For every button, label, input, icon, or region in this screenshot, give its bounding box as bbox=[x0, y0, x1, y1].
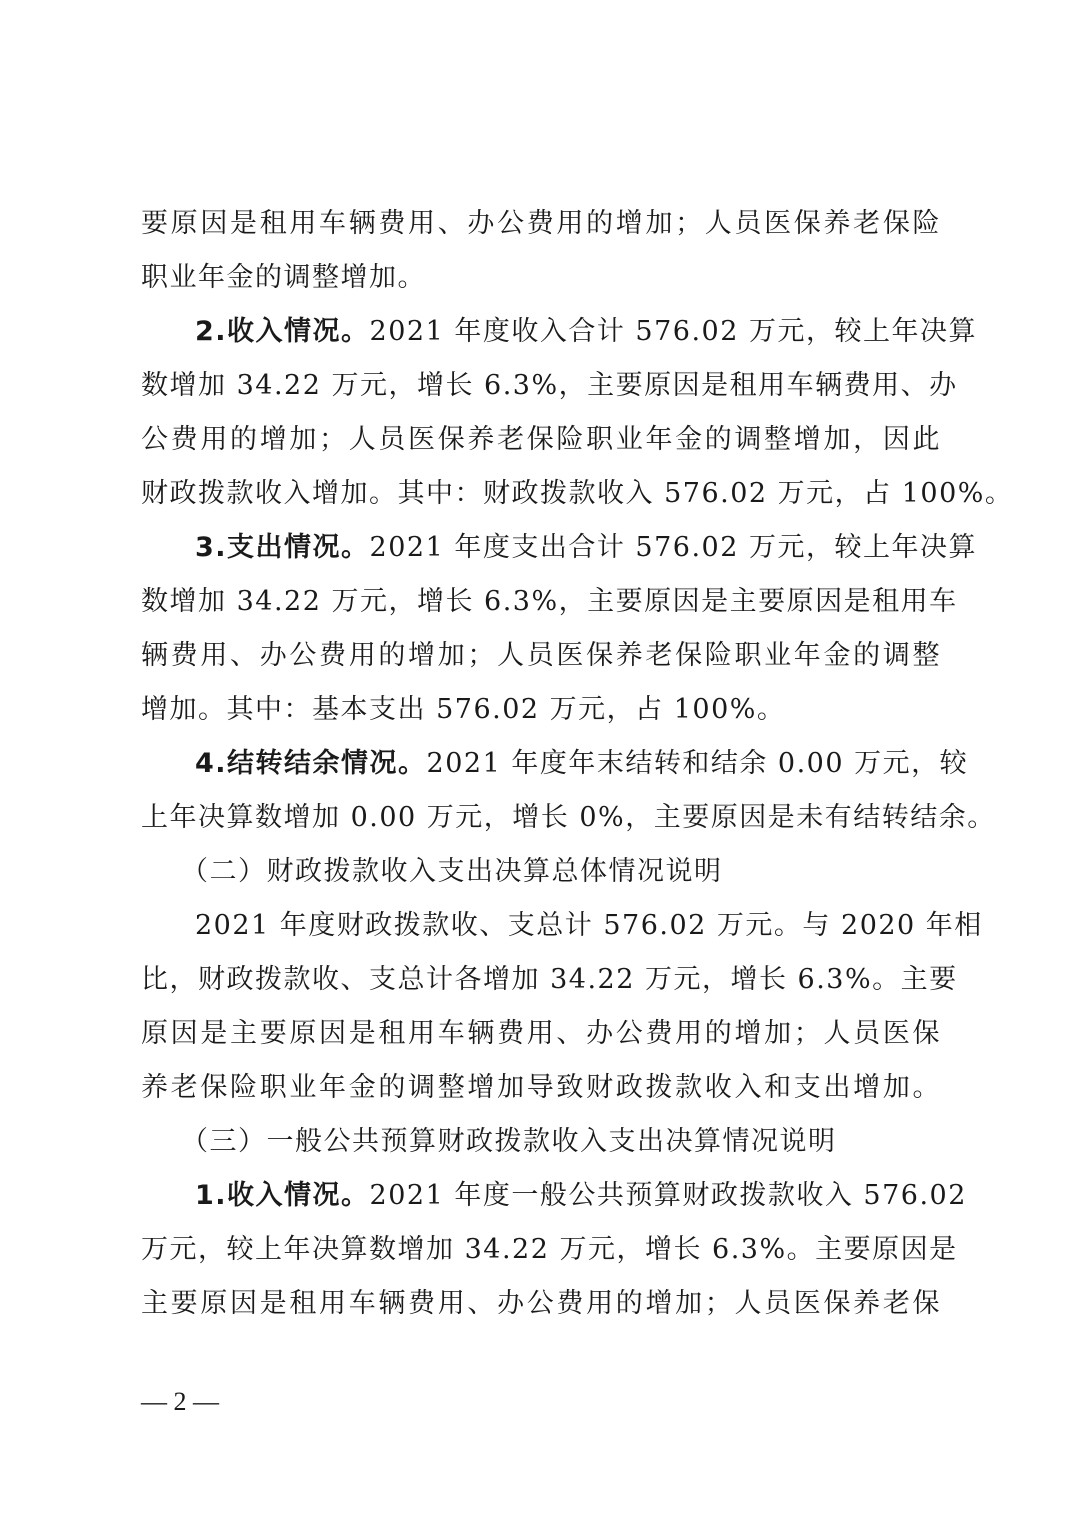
line-text: 2021 年度年末结转和结余 0.00 万元，较 bbox=[427, 748, 969, 779]
document-page: 要原因是租用车辆费用、办公费用的增加；人员医保养老保险职业年金的调整增加。2.收… bbox=[0, 0, 1075, 1521]
line-text: 职业年金的调整增加。 bbox=[141, 262, 426, 293]
text-line: 万元，较上年决算数增加 34.22 万元，增长 6.3%。主要原因是 bbox=[141, 1232, 941, 1268]
line-text: 2021 年度一般公共预算财政拨款收入 576.02 bbox=[370, 1180, 967, 1211]
line-text: 万元，较上年决算数增加 34.22 万元，增长 6.3%。主要原因是 bbox=[141, 1234, 958, 1265]
text-line: 数增加 34.22 万元，增长 6.3%，主要原因是主要原因是租用车 bbox=[141, 584, 941, 620]
line-text: 主要原因是租用车辆费用、办公费用的增加；人员医保养老保 bbox=[141, 1288, 941, 1319]
line-text: 公费用的增加；人员医保养老保险职业年金的调整增加，因此 bbox=[141, 424, 941, 455]
line-text: 要原因是租用车辆费用、办公费用的增加；人员医保养老保险 bbox=[141, 208, 941, 239]
text-line: 增加。其中：基本支出 576.02 万元，占 100%。 bbox=[141, 692, 941, 728]
text-line: 辆费用、办公费用的增加；人员医保养老保险职业年金的调整 bbox=[141, 638, 941, 674]
text-line: 要原因是租用车辆费用、办公费用的增加；人员医保养老保险 bbox=[141, 206, 941, 242]
section-heading: （二）财政拨款收入支出决算总体情况说明 bbox=[181, 854, 941, 890]
text-line: 4.结转结余情况。2021 年度年末结转和结余 0.00 万元，较 bbox=[195, 746, 941, 782]
line-text: （三）一般公共预算财政拨款收入支出决算情况说明 bbox=[181, 1126, 837, 1157]
line-text: 养老保险职业年金的调整增加导致财政拨款收入和支出增加。 bbox=[141, 1072, 941, 1103]
line-text: 辆费用、办公费用的增加；人员医保养老保险职业年金的调整 bbox=[141, 640, 941, 671]
text-line: 上年决算数增加 0.00 万元，增长 0%，主要原因是未有结转结余。 bbox=[141, 800, 941, 836]
text-line: 2021 年度财政拨款收、支总计 576.02 万元。与 2020 年相 bbox=[195, 908, 941, 944]
paragraph-lead: 1.收入情况。 bbox=[195, 1180, 370, 1211]
text-line: 3.支出情况。2021 年度支出合计 576.02 万元，较上年决算 bbox=[195, 530, 941, 566]
text-line: 职业年金的调整增加。 bbox=[141, 260, 941, 296]
line-text: 2021 年度财政拨款收、支总计 576.02 万元。与 2020 年相 bbox=[195, 910, 983, 941]
text-line: 原因是主要原因是租用车辆费用、办公费用的增加；人员医保 bbox=[141, 1016, 941, 1052]
text-line: 比，财政拨款收、支总计各增加 34.22 万元，增长 6.3%。主要 bbox=[141, 962, 941, 998]
section-heading: （三）一般公共预算财政拨款收入支出决算情况说明 bbox=[181, 1124, 941, 1160]
text-line: 2.收入情况。2021 年度收入合计 576.02 万元，较上年决算 bbox=[195, 314, 941, 350]
paragraph-lead: 2.收入情况。 bbox=[195, 316, 370, 347]
text-line: 数增加 34.22 万元，增长 6.3%，主要原因是租用车辆费用、办 bbox=[141, 368, 941, 404]
line-text: 原因是主要原因是租用车辆费用、办公费用的增加；人员医保 bbox=[141, 1018, 941, 1049]
line-text: 数增加 34.22 万元，增长 6.3%，主要原因是租用车辆费用、办 bbox=[141, 370, 958, 401]
line-text: 2021 年度收入合计 576.02 万元，较上年决算 bbox=[370, 316, 977, 347]
line-text: 数增加 34.22 万元，增长 6.3%，主要原因是主要原因是租用车 bbox=[141, 586, 958, 617]
line-text: （二）财政拨款收入支出决算总体情况说明 bbox=[181, 856, 723, 887]
paragraph-lead: 4.结转结余情况。 bbox=[195, 748, 427, 779]
page-number: — 2 — bbox=[141, 1387, 219, 1417]
text-line: 公费用的增加；人员医保养老保险职业年金的调整增加，因此 bbox=[141, 422, 941, 458]
text-line: 1.收入情况。2021 年度一般公共预算财政拨款收入 576.02 bbox=[195, 1178, 941, 1214]
line-text: 上年决算数增加 0.00 万元，增长 0%，主要原因是未有结转结余。 bbox=[141, 802, 996, 833]
paragraph-lead: 3.支出情况。 bbox=[195, 532, 370, 563]
text-line: 主要原因是租用车辆费用、办公费用的增加；人员医保养老保 bbox=[141, 1286, 941, 1322]
text-line: 财政拨款收入增加。其中：财政拨款收入 576.02 万元，占 100%。 bbox=[141, 476, 941, 512]
line-text: 比，财政拨款收、支总计各增加 34.22 万元，增长 6.3%。主要 bbox=[141, 964, 958, 995]
text-line: 养老保险职业年金的调整增加导致财政拨款收入和支出增加。 bbox=[141, 1070, 941, 1106]
line-text: 财政拨款收入增加。其中：财政拨款收入 576.02 万元，占 100%。 bbox=[141, 478, 1013, 509]
line-text: 增加。其中：基本支出 576.02 万元，占 100%。 bbox=[141, 694, 785, 725]
line-text: 2021 年度支出合计 576.02 万元，较上年决算 bbox=[370, 532, 977, 563]
